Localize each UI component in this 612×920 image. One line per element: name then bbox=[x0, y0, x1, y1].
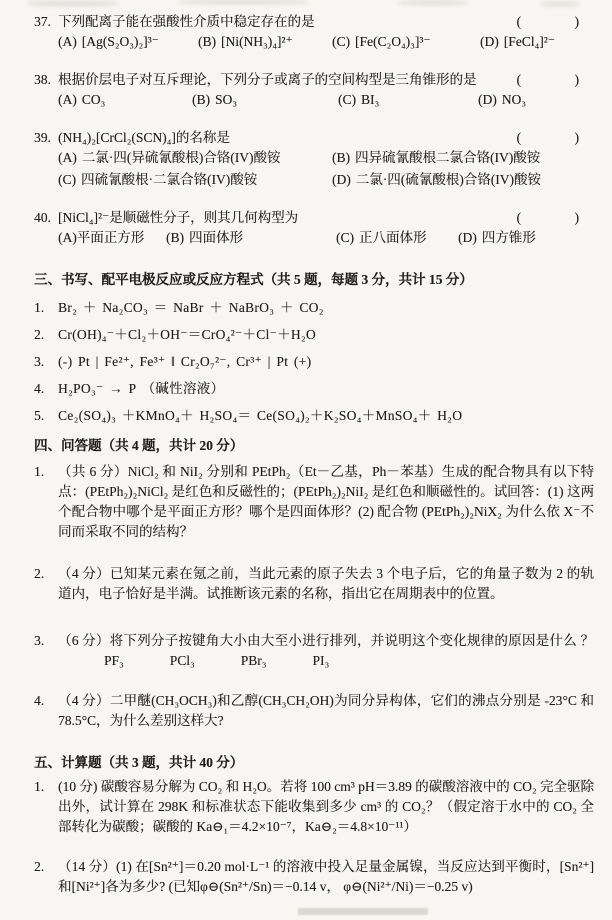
question-40-options: (A)平面正方形 (B)四面体形 (C)正八面体形 (D)四方锥形 bbox=[58, 228, 594, 248]
equation-text: H₂PO₃⁻ → P （碱性溶液） bbox=[58, 379, 224, 399]
option-a: (A)平面正方形 bbox=[58, 228, 166, 248]
question-39-head: 39. (NH₄)₂[CrCl₂(SCN)₄]的名称是 ( ) bbox=[34, 128, 594, 148]
item-number: 4. bbox=[34, 691, 58, 711]
option-label: (B) bbox=[166, 230, 184, 245]
question-text: 下列配离子能在强酸性介质中稳定存在的是 bbox=[58, 12, 315, 32]
question-number: 40. bbox=[34, 208, 58, 228]
equation-item-3: 3. (-) Pt | Fe²⁺, Fe³⁺ ‖ Cr₂O₇²⁻, Cr³⁺ |… bbox=[34, 352, 594, 372]
option-d: (D)NO₃ bbox=[478, 90, 594, 110]
question-39-options: (A)二氯·四(异硫氰酸根)合铬(IV)酸铵 (B)四异硫氰酸根二氯合铬(IV)… bbox=[58, 148, 594, 190]
option-text: 四硫氰酸根·二氯合铬(IV)酸铵 bbox=[81, 172, 257, 187]
item-text: （共 6 分）NiCl₂ 和 NiI₂ 分别和 PEtPh₂（Et－乙基，Ph－… bbox=[58, 462, 594, 542]
question-text: (NH₄)₂[CrCl₂(SCN)₄]的名称是 bbox=[58, 128, 230, 148]
option-label: (B) bbox=[192, 92, 210, 107]
option-a: (A)二氯·四(异硫氰酸根)合铬(IV)酸铵 bbox=[58, 148, 332, 168]
item-number: 2. bbox=[34, 857, 58, 877]
item-number: 2. bbox=[34, 325, 58, 345]
answer-bracket: ( ) bbox=[517, 70, 595, 90]
equation-item-5: 5. Ce₂(SO₄)₃ ＋KMnO₄＋ H₂SO₄＝ Ce(SO₄)₂＋K₂S… bbox=[34, 406, 594, 426]
answer-bracket: ( ) bbox=[517, 12, 595, 32]
molecule-pf3: PF₃ bbox=[104, 651, 124, 671]
option-b: (B)四面体形 bbox=[166, 228, 336, 248]
question-39: 39. (NH₄)₂[CrCl₂(SCN)₄]的名称是 ( ) (A)二氯·四(… bbox=[34, 128, 594, 190]
option-formula: [FeCl₄]²⁻ bbox=[504, 34, 555, 49]
option-label: (D) bbox=[458, 230, 477, 245]
equation-text: Cr(OH)₄⁻＋Cl₂＋OH⁻＝CrO₄²⁻＋Cl⁻＋H₂O bbox=[58, 325, 316, 345]
option-c: (C)四硫氰酸根·二氯合铬(IV)酸铵 bbox=[58, 170, 332, 190]
molecule-pbr3: PBr₃ bbox=[241, 651, 267, 671]
question-number: 39. bbox=[34, 128, 58, 148]
question-number: 37. bbox=[34, 12, 58, 32]
option-c: (C)[Fe(C₂O₄)₃]³⁻ bbox=[332, 32, 480, 52]
option-d: (D)二氯·四(硫氰酸根)合铬(IV)酸铵 bbox=[332, 170, 594, 190]
option-d: (D)四方锥形 bbox=[458, 228, 594, 248]
option-label: (C) bbox=[58, 172, 76, 187]
item-number: 1. bbox=[34, 462, 58, 482]
item-text: （4 分）二甲醚(CH₃OCH₃)和乙醇(CH₃CH₂OH)为同分异构体，它们的… bbox=[58, 691, 594, 731]
item-text: (10 分) 碳酸容易分解为 CO₂ 和 H₂O。若将 100 cm³ pH＝3… bbox=[58, 777, 594, 837]
qa-item-3: 3. （6 分）将下列分子按键角大小由大至小进行排列，并说明这个变化规律的原因是… bbox=[34, 631, 594, 671]
scan-artifact-top bbox=[398, 1, 468, 5]
option-label: (B) bbox=[332, 150, 350, 165]
item-text: （6 分）将下列分子按键角大小由大至小进行排列，并说明这个变化规律的原因是什么 … bbox=[58, 631, 594, 671]
item-number: 3. bbox=[34, 631, 58, 651]
option-label: (C) bbox=[336, 230, 354, 245]
item-text-main: （6 分）将下列分子按键角大小由大至小进行排列，并说明这个变化规律的原因是什么 … bbox=[58, 633, 594, 648]
option-label: (A) bbox=[58, 150, 77, 165]
option-label: (B) bbox=[198, 34, 216, 49]
option-label: (C) bbox=[332, 34, 350, 49]
option-label: (D) bbox=[332, 172, 351, 187]
exam-page: 37. 下列配离子能在强酸性介质中稳定存在的是 ( ) (A)[Ag(S₂O₃)… bbox=[0, 0, 612, 920]
item-text: （4 分）已知某元素在氪之前，当此元素的原子失去 3 个电子后，它的角量子数为 … bbox=[58, 564, 594, 604]
answer-bracket: ( ) bbox=[517, 208, 595, 228]
question-38: 38. 根据价层电子对互斥理论，下列分子或离子的空间构型是三角锥形的是 ( ) … bbox=[34, 70, 594, 110]
option-label: (A) bbox=[58, 230, 77, 245]
item-number: 3. bbox=[34, 352, 58, 372]
option-text: 平面正方形 bbox=[77, 230, 145, 245]
item-number: 2. bbox=[34, 564, 58, 584]
equation-text: Br₂ ＋ Na₂CO₃ ＝ NaBr ＋ NaBrO₃ ＋ CO₂ bbox=[58, 298, 324, 318]
option-label: (A) bbox=[58, 34, 77, 49]
qa-item-2: 2. （4 分）已知某元素在氪之前，当此元素的原子失去 3 个电子后，它的角量子… bbox=[34, 564, 594, 604]
option-text: 四异硫氰酸根二氯合铬(IV)酸铵 bbox=[355, 150, 540, 165]
question-37: 37. 下列配离子能在强酸性介质中稳定存在的是 ( ) (A)[Ag(S₂O₃)… bbox=[34, 12, 594, 52]
option-formula: SO₃ bbox=[215, 92, 237, 107]
question-37-head: 37. 下列配离子能在强酸性介质中稳定存在的是 ( ) bbox=[34, 12, 594, 32]
item-number: 5. bbox=[34, 406, 58, 426]
option-a: (A)CO₃ bbox=[58, 90, 192, 110]
calc-item-1: 1. (10 分) 碳酸容易分解为 CO₂ 和 H₂O。若将 100 cm³ p… bbox=[34, 777, 594, 837]
option-b: (B)SO₃ bbox=[192, 90, 338, 110]
molecule-pi3: PI₃ bbox=[312, 651, 329, 671]
question-text: [NiCl₄]²⁻是顺磁性分子，则其几何构型为 bbox=[58, 208, 298, 228]
option-label: (C) bbox=[338, 92, 356, 107]
option-formula: [Fe(C₂O₄)₃]³⁻ bbox=[355, 34, 431, 49]
option-text: 二氯·四(硫氰酸根)合铬(IV)酸铵 bbox=[356, 172, 541, 187]
option-text: 四方锥形 bbox=[482, 230, 536, 245]
option-text: 正八面体形 bbox=[359, 230, 427, 245]
option-formula: [Ni(NH₃)₄]²⁺ bbox=[221, 34, 293, 49]
option-formula: BI₃ bbox=[361, 92, 379, 107]
scan-artifact-top bbox=[540, 2, 580, 6]
option-b: (B)[Ni(NH₃)₄]²⁺ bbox=[198, 32, 332, 52]
scan-artifact-bottom bbox=[298, 908, 428, 915]
scan-artifact-top bbox=[28, 1, 118, 6]
option-formula: NO₃ bbox=[502, 92, 526, 107]
section-5-header: 五、计算题（共 3 题，共计 40 分） bbox=[34, 753, 594, 773]
option-label: (A) bbox=[58, 92, 77, 107]
item-number: 4. bbox=[34, 379, 58, 399]
question-40-head: 40. [NiCl₄]²⁻是顺磁性分子，则其几何构型为 ( ) bbox=[34, 208, 594, 228]
question-text: 根据价层电子对互斥理论，下列分子或离子的空间构型是三角锥形的是 bbox=[58, 70, 477, 90]
item-text: （14 分）(1) 在[Sn²⁺]＝0.20 mol·L⁻¹ 的溶液中投入足量金… bbox=[58, 857, 594, 897]
question-number: 38. bbox=[34, 70, 58, 90]
equation-item-1: 1. Br₂ ＋ Na₂CO₃ ＝ NaBr ＋ NaBrO₃ ＋ CO₂ bbox=[34, 298, 594, 318]
equation-text: Ce₂(SO₄)₃ ＋KMnO₄＋ H₂SO₄＝ Ce(SO₄)₂＋K₂SO₄＋… bbox=[58, 406, 462, 426]
question-37-options: (A)[Ag(S₂O₃)₂]³⁻ (B)[Ni(NH₃)₄]²⁺ (C)[Fe(… bbox=[58, 32, 594, 52]
question-38-head: 38. 根据价层电子对互斥理论，下列分子或离子的空间构型是三角锥形的是 ( ) bbox=[34, 70, 594, 90]
molecule-pcl3: PCl₃ bbox=[170, 651, 195, 671]
qa-item-1: 1. （共 6 分）NiCl₂ 和 NiI₂ 分别和 PEtPh₂（Et－乙基，… bbox=[34, 462, 594, 542]
option-formula: CO₃ bbox=[82, 92, 105, 107]
option-c: (C)BI₃ bbox=[338, 90, 478, 110]
option-label: (D) bbox=[480, 34, 499, 49]
cell-notation-text: (-) Pt | Fe²⁺, Fe³⁺ ‖ Cr₂O₇²⁻, Cr³⁺ | Pt… bbox=[58, 352, 311, 372]
option-formula: [Ag(S₂O₃)₂]³⁻ bbox=[82, 34, 159, 49]
option-b: (B)四异硫氰酸根二氯合铬(IV)酸铵 bbox=[332, 148, 594, 168]
answer-bracket: ( ) bbox=[517, 128, 595, 148]
equation-item-2: 2. Cr(OH)₄⁻＋Cl₂＋OH⁻＝CrO₄²⁻＋Cl⁻＋H₂O bbox=[34, 325, 594, 345]
option-text: 二氯·四(异硫氰酸根)合铬(IV)酸铵 bbox=[82, 150, 281, 165]
option-d: (D)[FeCl₄]²⁻ bbox=[480, 32, 594, 52]
calc-item-2: 2. （14 分）(1) 在[Sn²⁺]＝0.20 mol·L⁻¹ 的溶液中投入… bbox=[34, 857, 594, 897]
equation-item-4: 4. H₂PO₃⁻ → P （碱性溶液） bbox=[34, 379, 594, 399]
section-4-header: 四、问答题（共 4 题，共计 20 分） bbox=[34, 436, 594, 456]
option-c: (C)正八面体形 bbox=[336, 228, 458, 248]
qa-item-4: 4. （4 分）二甲醚(CH₃OCH₃)和乙醇(CH₃CH₂OH)为同分异构体，… bbox=[34, 691, 594, 731]
item-number: 1. bbox=[34, 777, 58, 797]
option-label: (D) bbox=[478, 92, 497, 107]
item-number: 1. bbox=[34, 298, 58, 318]
question-38-options: (A)CO₃ (B)SO₃ (C)BI₃ (D)NO₃ bbox=[58, 90, 594, 110]
scan-artifact-top bbox=[178, 0, 308, 4]
section-3-header: 三、书写、配平电极反应或反应方程式（共 5 题，每题 3 分，共计 15 分） bbox=[34, 270, 594, 290]
question-40: 40. [NiCl₄]²⁻是顺磁性分子，则其几何构型为 ( ) (A)平面正方形… bbox=[34, 208, 594, 248]
option-text: 四面体形 bbox=[189, 230, 243, 245]
option-a: (A)[Ag(S₂O₃)₂]³⁻ bbox=[58, 32, 198, 52]
